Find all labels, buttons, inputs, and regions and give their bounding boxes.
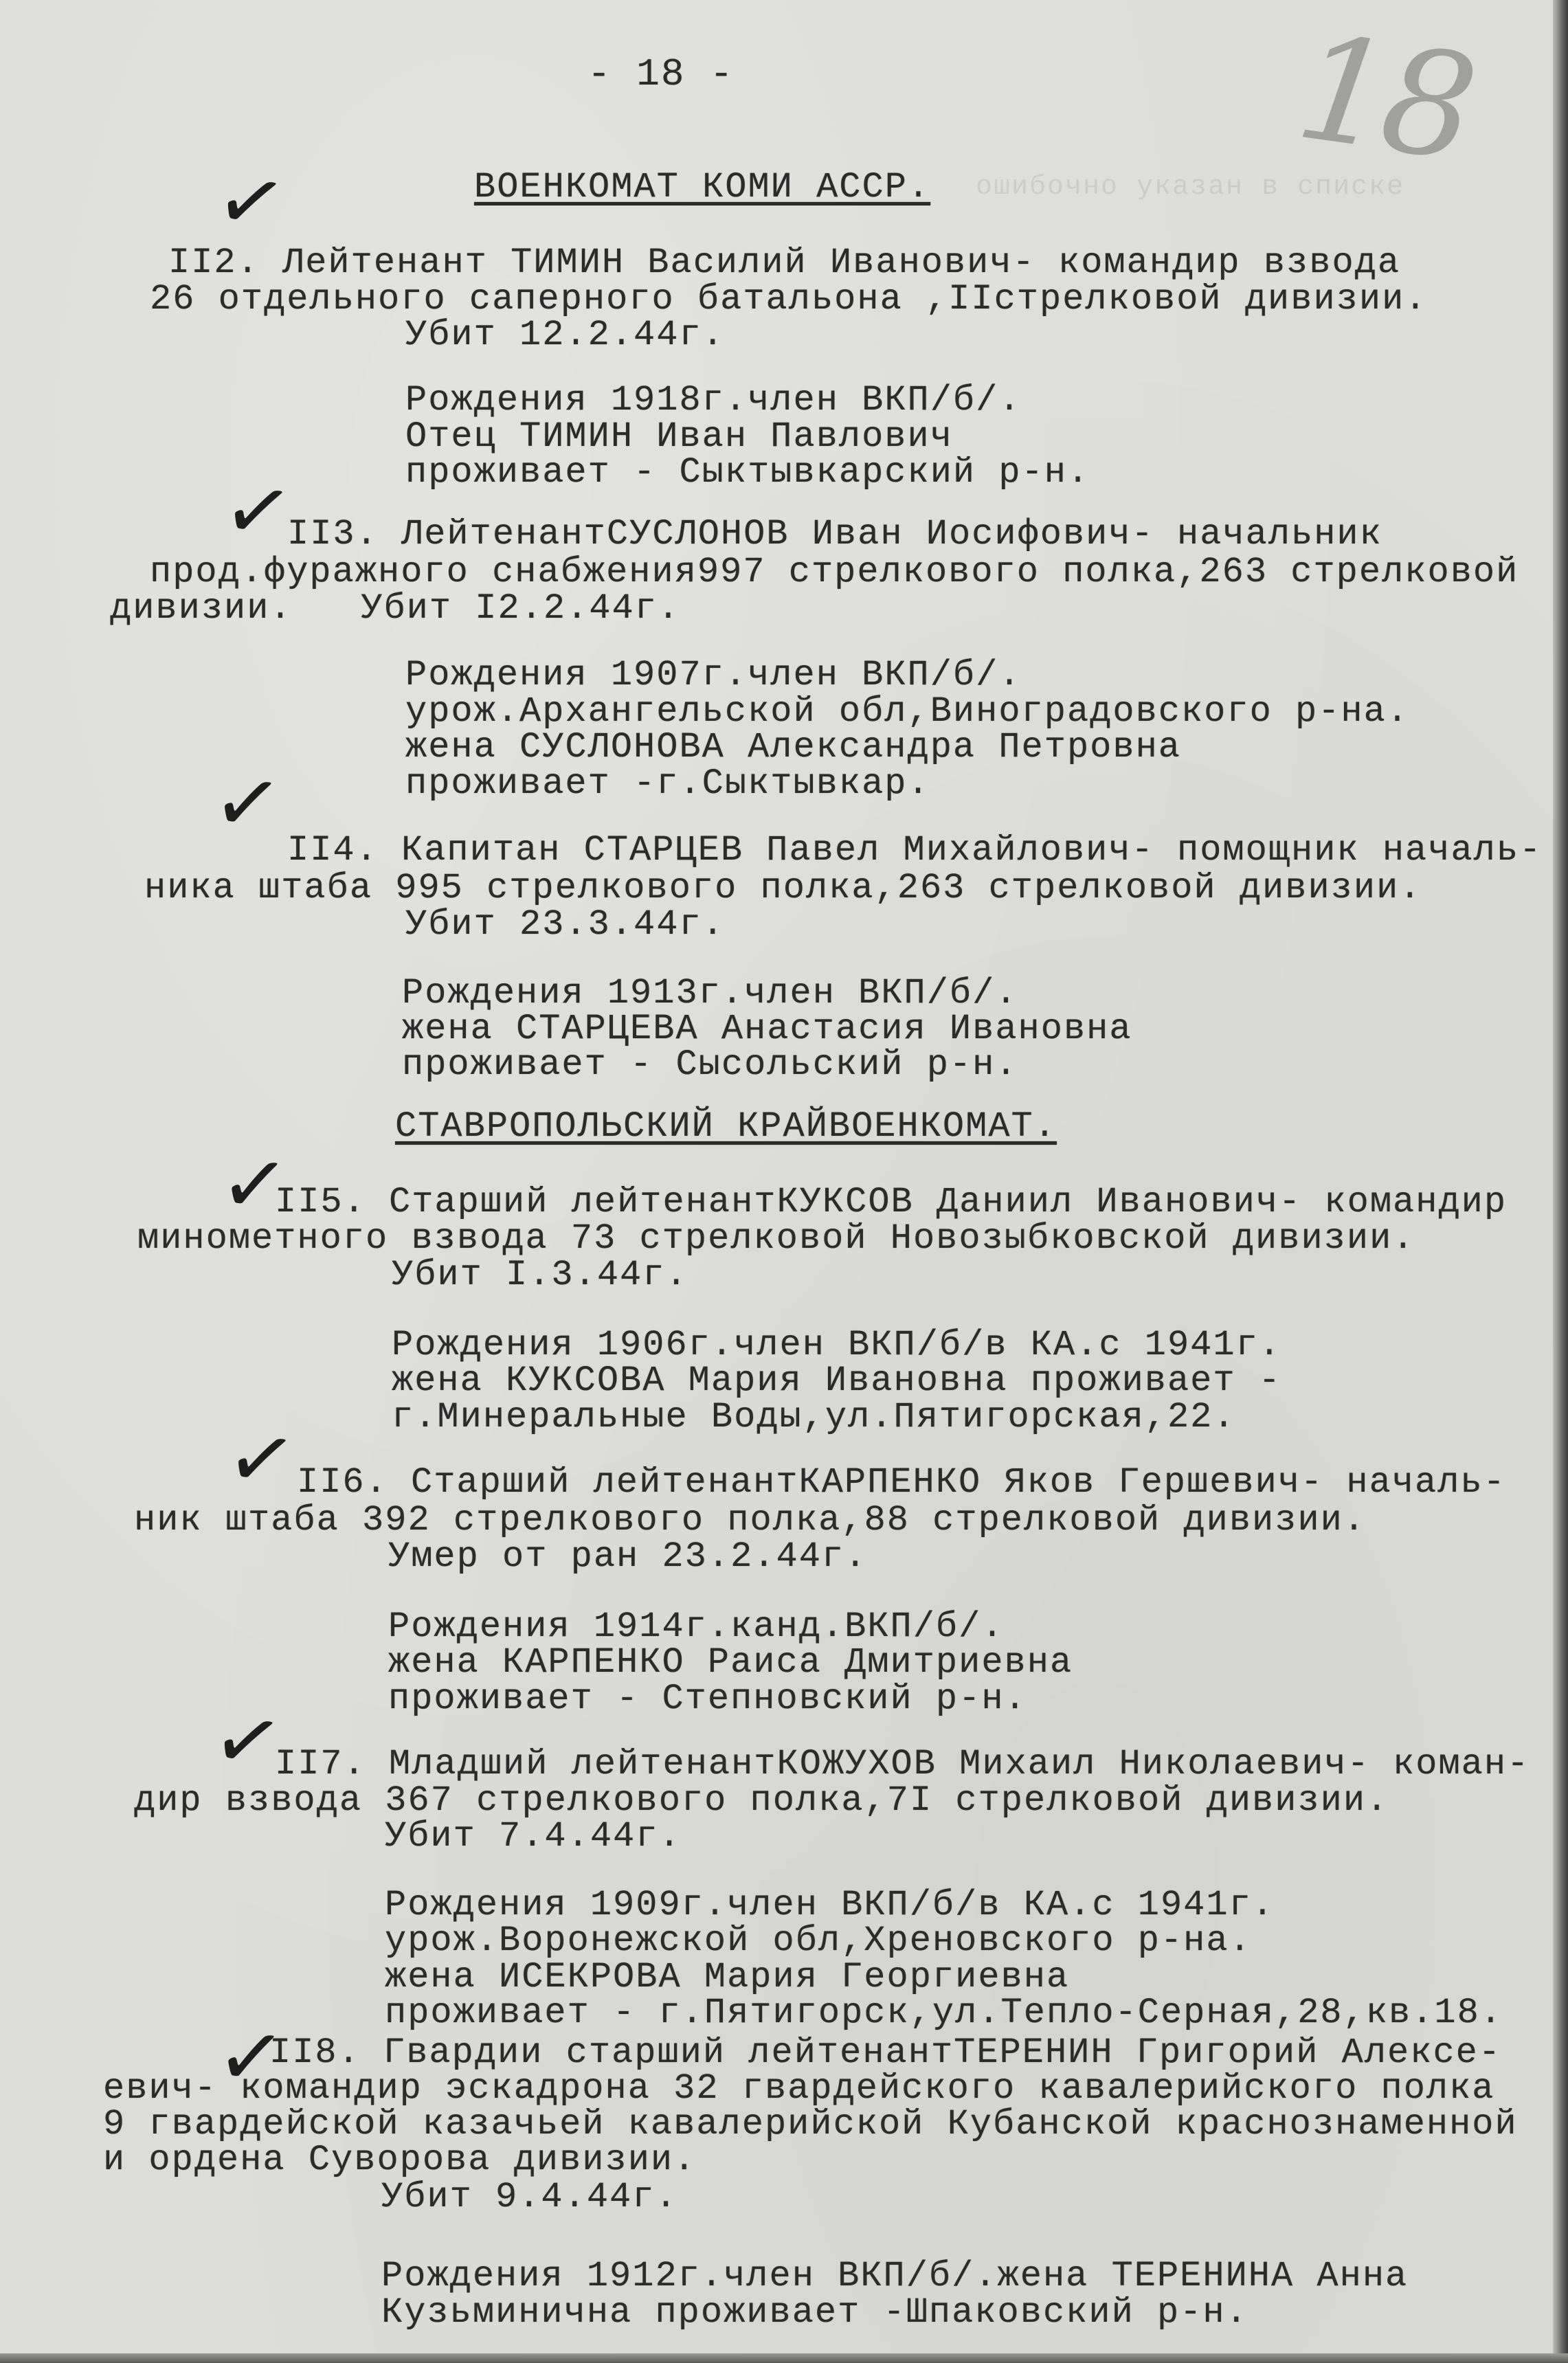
entry-116-detail-3: проживает - Степновский р-н.: [388, 1680, 1027, 1718]
entry-117-line-2: дир взвода 367 стрелкового полка,7I стре…: [134, 1782, 1389, 1820]
entry-118-line-1: II8. Гвардии старший лейтенантТЕРЕНИН Гр…: [269, 2034, 1501, 2072]
entry-112-detail-3: проживает - Сыктывкарский р-н.: [405, 453, 1090, 492]
document-page: ошибочно указан в списке - 18 - 18 ВОЕНК…: [0, 0, 1568, 2363]
bleed-through-text: ошибочно указан в списке: [976, 172, 1568, 203]
entry-113-detail-1: Рождения 1907г.член ВКП/б/.: [405, 656, 1022, 695]
scan-edge-right: [1553, 0, 1568, 2363]
entry-118-line-3: 9 гвардейской казачьей кавалерийской Куб…: [103, 2105, 1518, 2144]
entry-113-detail-4: проживает -г.Сыктывкар.: [405, 765, 930, 803]
section-heading-komi: ВОЕНКОМАТ КОМИ АССР.: [474, 168, 930, 207]
entry-117-killed: Убит 7.4.44г.: [385, 1817, 682, 1856]
scan-edge-bottom: [0, 2353, 1568, 2363]
handwritten-folio-number: 18: [1288, 3, 1479, 193]
entry-112-killed: Убит 12.2.44г.: [405, 316, 725, 355]
entry-114-detail-2: жена СТАРЦЕВА Анастасия Ивановна: [402, 1010, 1132, 1049]
entry-117-line-1: II7. Младший лейтенантКОЖУХОВ Михаил Ник…: [275, 1745, 1530, 1784]
entry-112-detail-1: Рождения 1918г.член ВКП/б/.: [405, 381, 1022, 420]
entry-117-detail-4: проживает - г.Пятигорск,ул.Тепло-Серная,…: [385, 1994, 1503, 2032]
entry-114-detail-3: проживает - Сысольский р-н.: [402, 1046, 1018, 1084]
entry-118-killed: Убит 9.4.44г.: [381, 2178, 678, 2217]
entry-115-killed: Убит I.3.44г.: [392, 1256, 688, 1295]
entry-113-detail-3: жена СУСЛОНОВА Александра Петровна: [405, 728, 1181, 767]
entry-116-died: Умер от ран 23.2.44г.: [388, 1538, 867, 1576]
entry-113-line-2: прод.фуражного снабжения997 стрелкового …: [150, 553, 1519, 592]
entry-118-line-4: и ордена Суворова дивизии.: [103, 2141, 696, 2180]
entry-115-line-1: II5. Старший лейтенантКУКСОВ Даниил Иван…: [275, 1183, 1507, 1222]
entry-115-detail-3: г.Минеральные Воды,ул.Пятигорская,22.: [392, 1398, 1236, 1437]
entry-113-detail-2: урож.Архангельской обл,Виноградовского р…: [405, 693, 1409, 731]
entry-112-line-2: 26 отдельного саперного батальона ,IIстр…: [150, 280, 1427, 319]
entry-118-line-2: евич- командир эскадрона 32 гвардейского…: [103, 2070, 1495, 2108]
section-heading-stavropol: СТАВРОПОЛЬСКИЙ КРАЙВОЕНКОМАТ.: [395, 1108, 1057, 1146]
entry-112-detail-2: Отец ТИМИН Иван Павлович: [405, 418, 953, 456]
entry-116-line-1: II6. Старший лейтенантКАРПЕНКО Яков Герш…: [297, 1464, 1506, 1502]
entry-117-detail-3: жена ИСЕКРОВА Мария Георгиевна: [385, 1958, 1069, 1997]
entry-116-detail-2: жена КАРПЕНКО Раиса Дмитриевна: [388, 1644, 1073, 1682]
checkmark-icon: ✓: [220, 1413, 302, 1507]
entry-117-detail-2: урож.Воронежской обл,Хреновского р-на.: [385, 1922, 1252, 1960]
entry-114-killed: Убит 23.3.44г.: [405, 906, 725, 944]
page-number: - 18 -: [587, 55, 735, 93]
entry-113-line-3: дивизии. Убит I2.2.44г.: [110, 590, 680, 628]
entry-116-line-2: ник штаба 392 стрелкового полка,88 стрел…: [134, 1501, 1366, 1540]
entry-116-detail-1: Рождения 1914г.канд.ВКП/б/.: [388, 1608, 1005, 1646]
entry-118-detail-1: Рождения 1912г.член ВКП/б/.жена ТЕРЕНИНА…: [381, 2257, 1408, 2296]
entry-118-detail-2: Кузьминична проживает -Шпаковский р-н.: [381, 2294, 1248, 2332]
entry-117-detail-1: Рождения 1909г.член ВКП/б/в КА.с 1941г.: [385, 1886, 1275, 1925]
entry-114-detail-1: Рождения 1913г.член ВКП/б/.: [402, 974, 1018, 1013]
entry-114-line-1: II4. Капитан СТАРЦЕВ Павел Михайлович- п…: [287, 831, 1542, 870]
entry-115-line-2: минометного взвода 73 стрелковой Новозыб…: [137, 1220, 1415, 1258]
entry-115-detail-1: Рождения 1906г.член ВКП/б/в КА.с 1941г.: [392, 1326, 1281, 1365]
entry-115-detail-2: жена КУКСОВА Мария Ивановна проживает -: [392, 1362, 1281, 1400]
checkmark-icon: ✓: [209, 155, 293, 250]
entry-113-line-1: II3. ЛейтенантСУСЛОНОВ Иван Иосифович- н…: [287, 515, 1382, 554]
entry-114-line-2: ника штаба 995 стрелкового полка,263 стр…: [144, 869, 1422, 908]
checkmark-icon: ✓: [208, 759, 287, 850]
entry-112-line-1: II2. Лейтенант ТИМИН Василий Иванович- к…: [168, 244, 1400, 282]
